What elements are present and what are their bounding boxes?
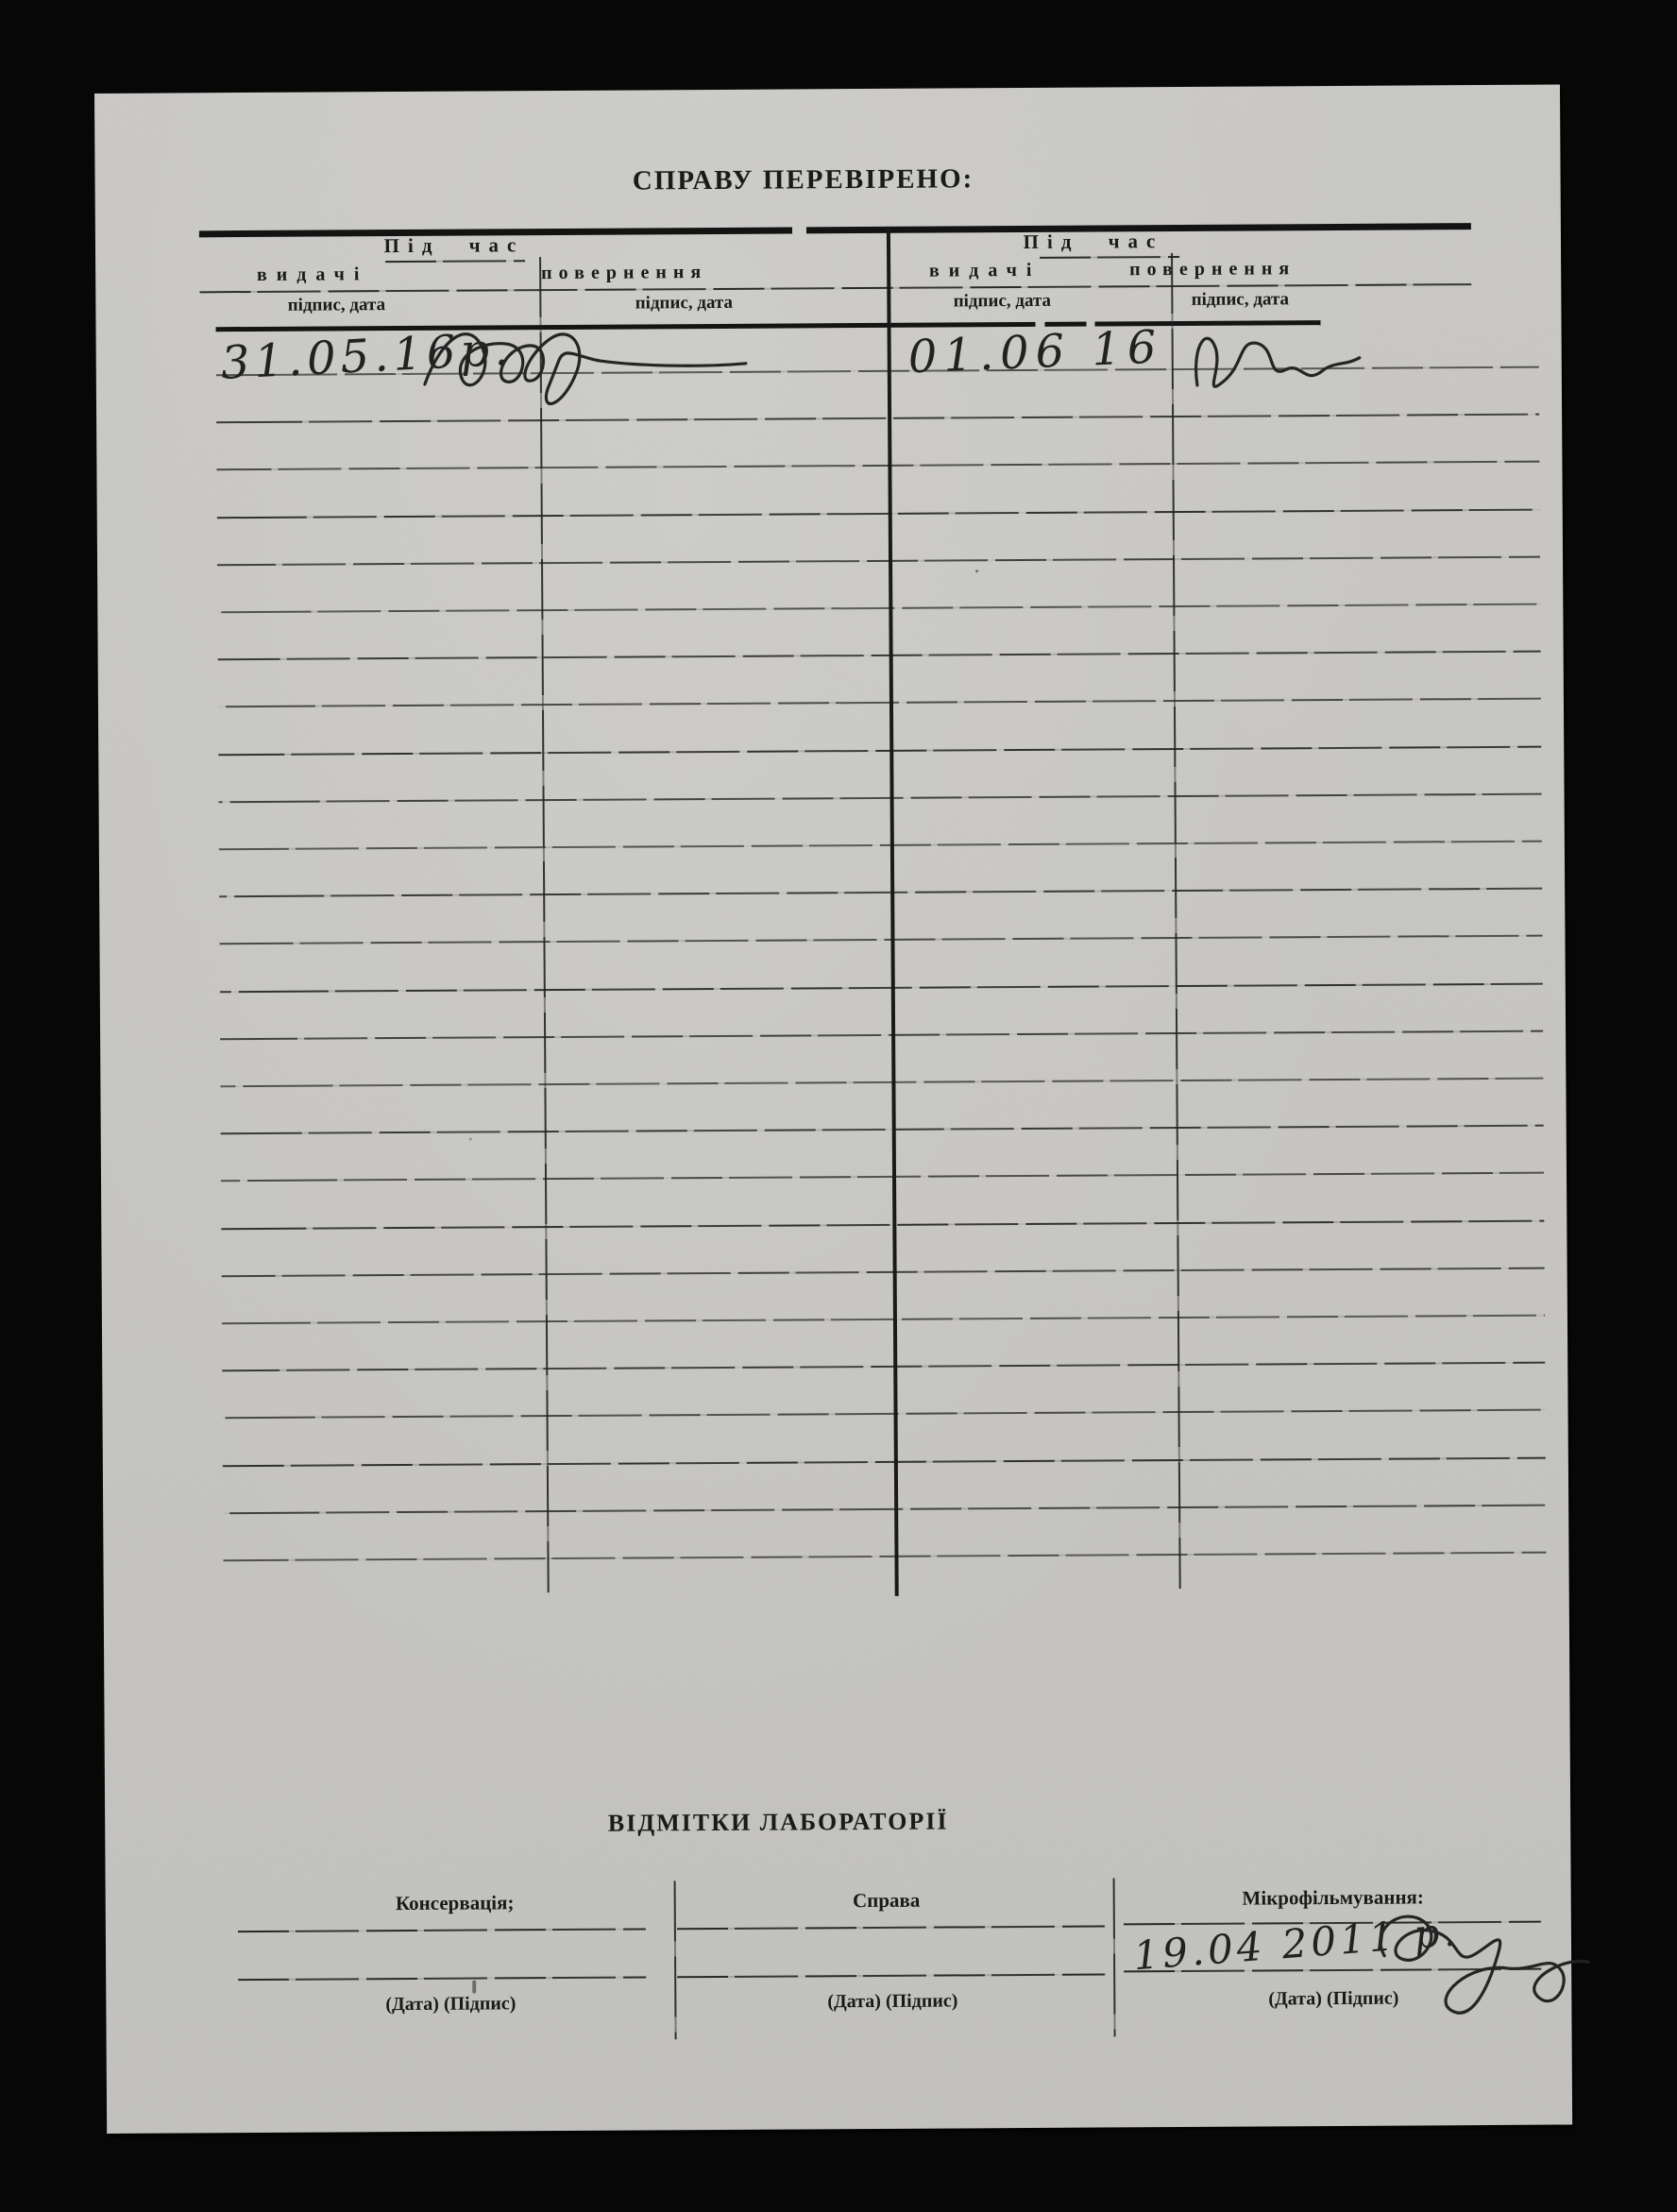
microfilm-signature-scribble	[1364, 1896, 1610, 2030]
scan-background: СПРАВУ ПЕРЕВІРЕНО: Під час видачі поверн…	[0, 0, 1677, 2212]
table-center-divider	[887, 227, 899, 1596]
table-row-line	[218, 651, 1541, 661]
table-row-line	[219, 935, 1542, 945]
table-row-line	[216, 461, 1539, 471]
table-row-line	[223, 1552, 1546, 1562]
table-row-line	[221, 1172, 1544, 1183]
right-return-label: повернення	[1071, 258, 1354, 281]
table-row-line	[220, 982, 1543, 993]
right-issue-sublabel: підпис, дата	[907, 291, 1096, 313]
issue-signature-scribble	[416, 305, 757, 420]
lab-footer-conservation: (Дата) (Підпис)	[309, 1993, 592, 2016]
paper-speck	[472, 1981, 476, 1994]
lab-rule2-conservation	[238, 1976, 646, 1981]
table-row-line	[220, 1078, 1543, 1088]
table-row-line	[219, 888, 1542, 898]
lab-section-title: ВІДМІТКИ ЛАБОРАТОРІЇ	[495, 1807, 1061, 1839]
table-row-line	[222, 1315, 1545, 1325]
lab-divider-2	[1113, 1878, 1116, 2036]
right-period-label: Під час	[952, 230, 1235, 255]
page-title: СПРАВУ ПЕРЕВІРЕНО:	[425, 162, 1180, 198]
table-row-line	[217, 508, 1540, 519]
left-period-label: Під час	[313, 233, 596, 259]
table-row-line	[219, 841, 1542, 851]
table-row-line	[223, 1409, 1546, 1420]
right-return-sublabel: підпис, дата	[1145, 289, 1334, 311]
handwritten-return-date: 01.06 16	[907, 320, 1164, 383]
table-row-line	[218, 745, 1541, 756]
table-row-line	[217, 555, 1540, 566]
table-row-line	[218, 698, 1541, 708]
lab-rule1-case	[677, 1926, 1105, 1931]
left-issue-label: видачі	[218, 264, 407, 286]
paper-speck	[975, 570, 978, 572]
paper-speck	[469, 1138, 472, 1141]
table-row-line	[221, 1125, 1544, 1135]
table-row-line	[223, 1504, 1546, 1514]
handwritten-return-entry: 01.06 16	[907, 320, 1164, 383]
lab-col-case-label: Справа	[745, 1888, 1028, 1914]
lab-divider-1	[674, 1880, 677, 2039]
table-row-line	[217, 604, 1540, 614]
table-row-line	[221, 1219, 1544, 1230]
table-row-line	[222, 1267, 1545, 1277]
lab-rule2-case	[677, 1973, 1105, 1978]
lab-footer-case: (Дата) (Підпис)	[751, 1990, 1034, 2014]
table-rows	[94, 85, 1560, 94]
left-issue-sublabel: підпис, дата	[242, 295, 431, 316]
left-return-label: повернення	[483, 262, 766, 285]
left-half-column-divider	[539, 257, 550, 1592]
lab-col-conservation-label: Консервація;	[313, 1891, 597, 1916]
table-row-line	[223, 1456, 1546, 1467]
right-issue-label: видачі	[890, 260, 1079, 282]
table-row-line	[216, 414, 1539, 424]
return-signature-scribble	[1179, 311, 1369, 416]
table-row-line	[220, 1029, 1543, 1040]
document-page: СПРАВУ ПЕРЕВІРЕНО: Під час видачі поверн…	[94, 85, 1572, 2134]
table-row-line	[222, 1362, 1545, 1372]
right-half-column-divider	[1171, 253, 1181, 1589]
table-row-line	[219, 792, 1542, 803]
lab-rule1-conservation	[238, 1928, 646, 1932]
